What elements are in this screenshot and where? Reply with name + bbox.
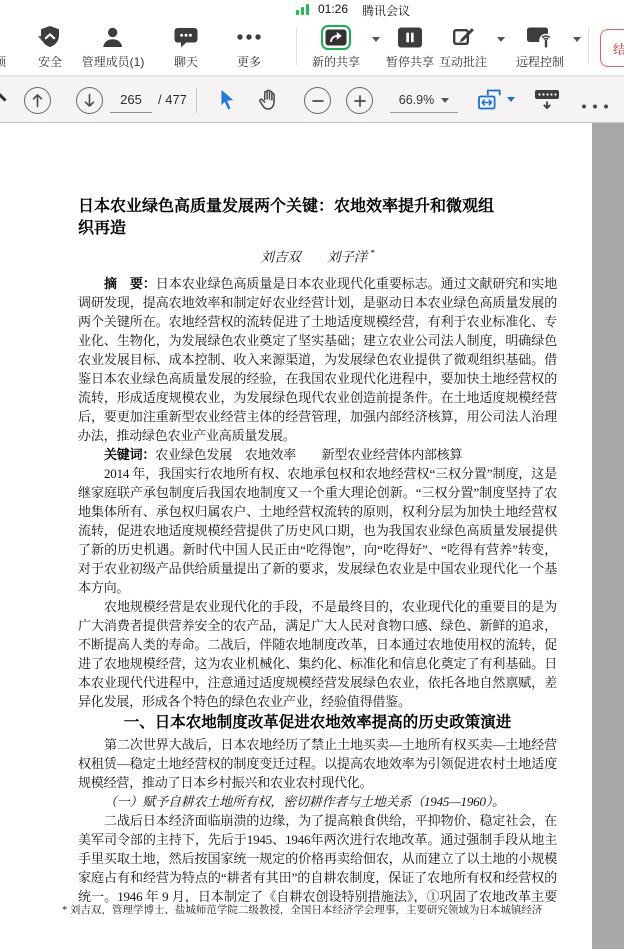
- toolbar-divider: [588, 27, 589, 65]
- select-tool-button[interactable]: [218, 88, 238, 116]
- pdf-page-view[interactable]: 日本农业绿色高质量发展两个关键：农地效率提升和微观组织再造 刘吉双 刘子洋 * …: [0, 123, 624, 949]
- pdf-canvas-background: [592, 123, 624, 949]
- manage-members-label: 管理成员(1): [82, 53, 145, 70]
- more-label: 更多: [237, 53, 261, 70]
- more-dots-icon: [235, 23, 263, 51]
- pause-icon: [397, 23, 423, 51]
- share-screen-icon: [321, 23, 351, 51]
- chat-bubble-icon: [173, 23, 199, 51]
- keywords-label: 关键词：: [104, 447, 155, 462]
- remote-control-icon: [526, 23, 554, 51]
- new-share-chevron-down-icon[interactable]: [372, 37, 380, 42]
- zoom-in-button[interactable]: [346, 87, 373, 114]
- keywords-line: 关键词：农业绿色发展 农地效率 新型农业经营体内部核算: [78, 445, 557, 464]
- author-footnote-mark: *: [370, 248, 374, 258]
- chat-label: 聊天: [174, 53, 198, 70]
- zoom-out-button[interactable]: [304, 87, 331, 114]
- annotate-label: 互动批注: [439, 53, 487, 70]
- status-bar: 01:26 腾讯会议: [0, 0, 624, 18]
- toolbar-item-new-share[interactable]: 新的共享: [312, 23, 360, 70]
- toolbar-item-more[interactable]: 更多: [235, 23, 263, 70]
- security-label: 安全: [38, 53, 62, 70]
- more-tools-button[interactable]: [580, 97, 610, 115]
- toolbar-divider: [196, 88, 197, 113]
- annotate-chevron-down-icon[interactable]: [497, 37, 505, 42]
- toolbar-dock-button[interactable]: [534, 88, 560, 116]
- toolbar-item-security[interactable]: 安全: [38, 23, 62, 70]
- toolbar-item-manage-members[interactable]: 管理成员(1): [82, 23, 145, 70]
- pdf-toolbar: 265 / 477 66.9%: [0, 76, 624, 123]
- pause-share-label: 暂停共享: [386, 53, 434, 70]
- app-title: 腾讯会议: [362, 2, 410, 19]
- previous-page-button[interactable]: [24, 87, 51, 114]
- paragraph-2014-policy: 2014 年，我国实行农地所有权、农地承包权和农地经营权“三权分置”制度，这是继…: [78, 464, 557, 597]
- paper-title: 日本农业绿色高质量发展两个关键：农地效率提升和微观组织再造: [78, 196, 508, 240]
- pen-annotate-icon: [451, 23, 475, 51]
- subsection-1-1-heading: （一）赋予自耕农土地所有权，密切耕作者与土地关系（1945—1960）。: [78, 792, 557, 811]
- hand-tool-button[interactable]: [256, 88, 279, 116]
- remote-control-chevron-down-icon[interactable]: [573, 37, 581, 42]
- author-footnote: * 刘吉双，管理学博士、盐城师范学院二级教授，全国日本经济学会理事，主要研究领域…: [62, 903, 556, 918]
- toolbar-item-video[interactable]: 视频: [0, 23, 6, 70]
- paragraph-ww2-reform: 第二次世界大战后，日本农地经历了禁止土地买卖—土地所有权买卖—土地经营权租赁—稳…: [78, 735, 557, 792]
- zoom-level-value: 66.9%: [399, 93, 434, 107]
- zoom-chevron-down-icon: [441, 98, 449, 103]
- paragraph-scale-management: 农地规模经营是农业现代化的手段，不是最终目的，农业现代化的重要目的是为广大消费者…: [78, 597, 557, 711]
- meeting-toolbar: 视频 安全 管理成员(1) 聊天 更多: [0, 18, 624, 76]
- tencent-meeting-window: 01:26 腾讯会议 视频 安全 管理成员(1) 聊天: [0, 0, 624, 949]
- paragraph-postwar-reform: 二战后日本经济面临崩溃的边缘，为了提高粮食供给，平抑物价、稳定社会，在美军司令部…: [78, 811, 557, 904]
- next-page-button[interactable]: [76, 87, 103, 114]
- toolbar-divider: [296, 27, 297, 65]
- person-icon: [100, 23, 126, 51]
- shield-icon: [39, 23, 61, 51]
- fit-width-button[interactable]: [478, 88, 502, 116]
- pdf-page: 日本农业绿色高质量发展两个关键：农地效率提升和微观组织再造 刘吉双 刘子洋 * …: [78, 196, 557, 903]
- fit-chevron-down-icon[interactable]: [507, 97, 515, 102]
- page-number-input[interactable]: 265: [110, 86, 152, 113]
- end-share-button[interactable]: 结束共享: [600, 29, 624, 67]
- paper-authors: 刘吉双 刘子洋 *: [78, 243, 557, 268]
- toolbar-item-remote-control[interactable]: 远程控制: [516, 23, 564, 70]
- video-label: 视频: [0, 53, 6, 70]
- abstract-label: 摘 要：: [104, 276, 156, 291]
- meeting-timer: 01:26: [318, 2, 348, 16]
- search-icon[interactable]: [0, 93, 7, 101]
- new-share-label: 新的共享: [312, 53, 360, 70]
- zoom-level-select[interactable]: 66.9%: [390, 88, 458, 113]
- signal-strength-icon: [296, 4, 311, 15]
- section-1-heading: 一、日本农地制度改革促进农地效率提高的历史政策演进: [78, 711, 557, 735]
- remote-control-label: 远程控制: [516, 53, 564, 70]
- toolbar-item-chat[interactable]: 聊天: [173, 23, 199, 70]
- page-total-label: / 477: [158, 86, 187, 112]
- abstract-paragraph: 摘 要：日本农业绿色高质量是日本农业现代化重要标志。通过文献研究和实地调研发现，…: [78, 274, 557, 445]
- toolbar-item-annotate[interactable]: 互动批注: [439, 23, 487, 70]
- toolbar-item-pause-share[interactable]: 暂停共享: [386, 23, 434, 70]
